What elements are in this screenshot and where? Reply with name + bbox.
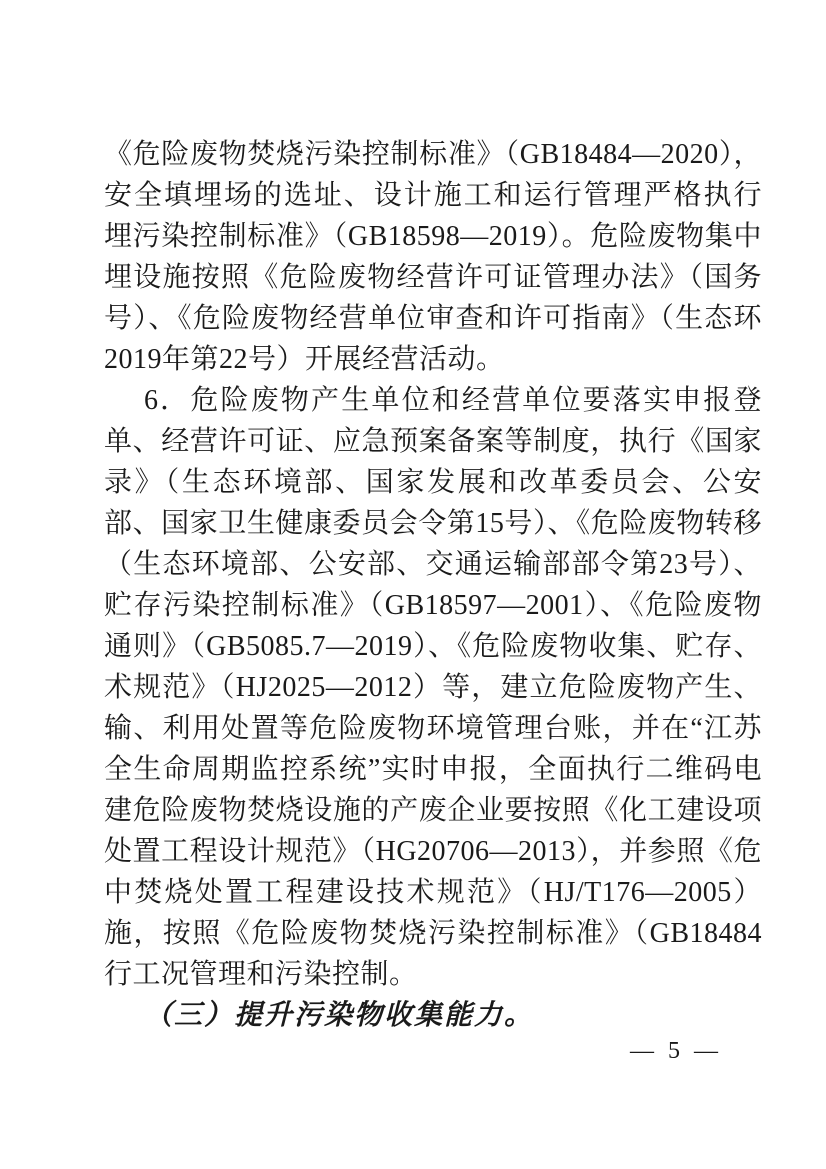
text-line: （生态环境部、公安部、交通运输部部令第23号）、《危险废物 (104, 544, 762, 585)
page-number: — 5 — (606, 1036, 746, 1066)
text-line: 《危险废物焚烧污染控制标准》（GB18484—2020），危险废物 (104, 134, 762, 175)
text-line: 术规范》（HJ2025—2012）等，建立危险废物产生、贮存、运 (104, 667, 762, 708)
text-line: 通则》（GB5085.7—2019）、《危险废物收集、贮存、运输技 (104, 626, 762, 667)
text-line: 行工况管理和污染控制。 (104, 954, 762, 995)
text-line: 部、国家卫生健康委员会令第15号）、《危险废物转移管理办法》 (104, 503, 762, 544)
text-line: 建危险废物焚烧设施的产废企业要按照《化工建设项目废物焚烧 (104, 790, 762, 831)
text-line: 安全填埋场的选址、设计施工和运行管理严格执行《危险废物填 (104, 175, 762, 216)
document-page: 《危险废物焚烧污染控制标准》（GB18484—2020），危险废物安全填埋场的选… (0, 0, 826, 1169)
text-line: 输、利用处置等危险废物环境管理台账，并在“江苏省危险废物 (104, 708, 762, 749)
text-line: 施，按照《危险废物焚烧污染控制标准》（GB18484—2020）进 (104, 913, 762, 954)
text-line: 贮存污染控制标准》（GB18597—2001）、《危险废物鉴别标准 (104, 585, 762, 626)
text-line: 处置工程设计规范》（HG20706—2013），并参照《危险废物集 (104, 831, 762, 872)
text-line: 单、经营许可证、应急预案备案等制度，执行《国家危险废物名 (104, 421, 762, 462)
text-line: 埋污染控制标准》（GB18598—2019）。危险废物集中焚烧和填 (104, 216, 762, 257)
text-line: 号）、《危险废物经营单位审查和许可指南》（生态环境部公告 (104, 298, 762, 339)
document-body: 《危险废物焚烧污染控制标准》（GB18484—2020），危险废物安全填埋场的选… (104, 134, 762, 1036)
text-line: 中焚烧处置工程建设技术规范》（HJ/T176—2005）建设焚烧设 (104, 872, 762, 913)
text-line: 全生命周期监控系统”实时申报，全面执行二维码电子标签。自 (104, 749, 762, 790)
text-line: 录》（生态环境部、国家发展和改革委员会、公安部、交通运输 (104, 462, 762, 503)
text-line: 埋设施按照《危险废物经营许可证管理办法》（国务院令第408 (104, 257, 762, 298)
section-heading: （三）提升污染物收集能力。 (104, 995, 762, 1036)
text-line: 2019年第22号）开展经营活动。 (104, 339, 762, 380)
text-line: 6．危险废物产生单位和经营单位要落实申报登记、转移联 (104, 380, 762, 421)
